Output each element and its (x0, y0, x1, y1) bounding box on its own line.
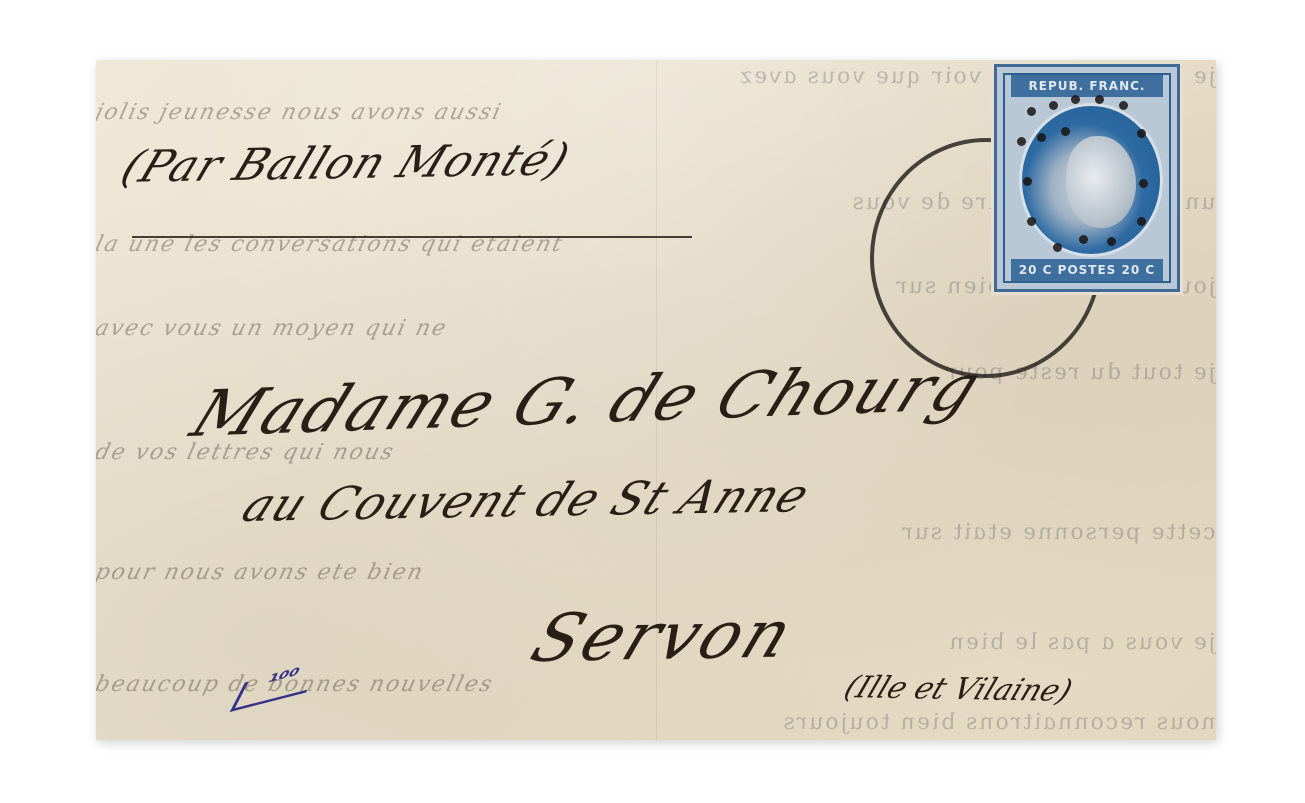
cross-written-text: pour nous avons ete bien (96, 560, 1216, 582)
cancel-dot (1027, 107, 1036, 116)
address-town: Servon (521, 596, 806, 677)
cancel-dot (1137, 129, 1146, 138)
docket-mark: 100 (230, 663, 321, 712)
cancel-dot (1139, 179, 1148, 188)
cancel-dot (1061, 127, 1070, 136)
docket-number: 100 (265, 664, 302, 685)
cancel-dot (1095, 95, 1104, 104)
stamp-value-label: 20 C POSTES 20 C (1011, 259, 1163, 281)
routing-underline (132, 236, 692, 238)
postage-stamp: REPUB. FRANC. 20 C POSTES 20 C (994, 64, 1180, 292)
cancel-dot (1027, 217, 1036, 226)
cancel-dot (1023, 177, 1032, 186)
ceres-head-icon (1066, 136, 1136, 228)
cancel-dot (1071, 95, 1080, 104)
cancel-dot (1017, 137, 1026, 146)
cancel-dot (1053, 243, 1062, 252)
cancel-dot (1037, 133, 1046, 142)
cancel-dot (1079, 235, 1088, 244)
letter-sheet: je suis parti vous voir que vous avez jo… (96, 60, 1216, 740)
cancel-dot (1119, 101, 1128, 110)
routing-note: (Par Ballon Monté) (114, 134, 577, 193)
cancel-dot (1137, 217, 1146, 226)
cancel-dot (1107, 237, 1116, 246)
stamp-top-label: REPUB. FRANC. (1011, 75, 1163, 97)
address-department: (Ille et Vilaine) (839, 670, 1077, 709)
address-institution: au Couvent de St Anne (234, 468, 818, 532)
bleed-through-text: nous reconnaitrons bien toujours (96, 710, 1216, 732)
cancel-dot (1049, 101, 1058, 110)
